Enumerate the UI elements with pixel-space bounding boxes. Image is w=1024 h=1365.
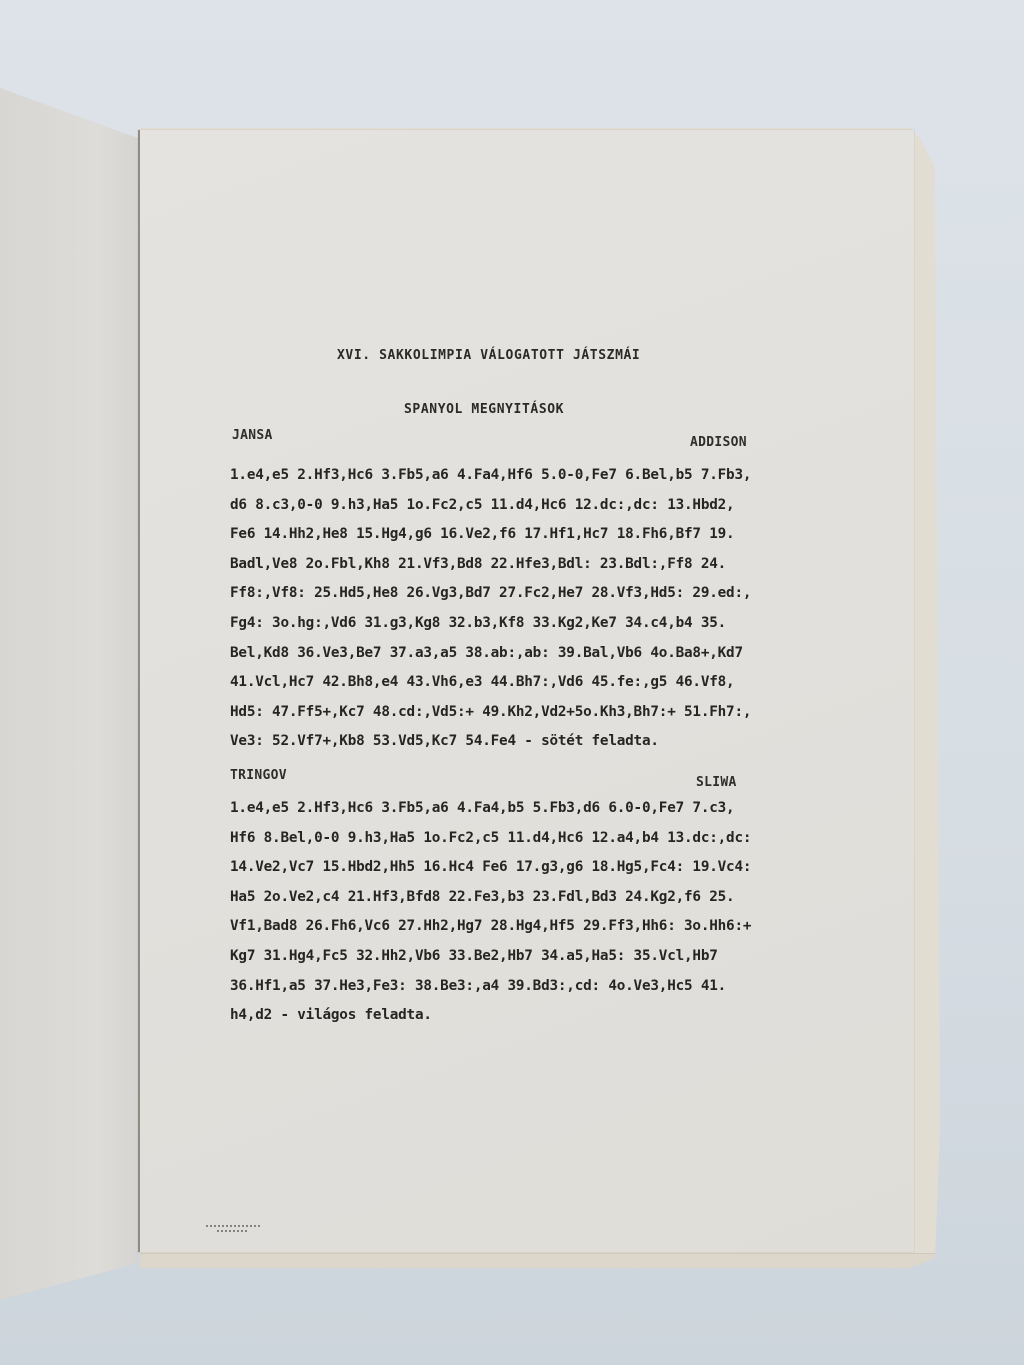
move-line: d6 8.c3,0-0 9.h3,Ha5 1o.Fc2,c5 11.d4,Hc6… bbox=[230, 491, 820, 521]
game-2-white-player: TRINGOV bbox=[230, 768, 287, 783]
move-line: 1.e4,e5 2.Hf3,Hc6 3.Fb5,a6 4.Fa4,b5 5.Fb… bbox=[230, 794, 820, 824]
left-page-facing bbox=[0, 0, 140, 1365]
move-line: Ve3: 52.Vf7+,Kb8 53.Vd5,Kc7 54.Fe4 - söt… bbox=[230, 727, 820, 757]
game-2-black-player: SLIWA bbox=[696, 775, 737, 790]
move-line: 1.e4,e5 2.Hf3,Hc6 3.Fb5,a6 4.Fa4,Hf6 5.0… bbox=[230, 461, 820, 491]
game-1-white-player: JANSA bbox=[232, 428, 273, 443]
move-line: Ff8:,Vf8: 25.Hd5,He8 26.Vg3,Bd7 27.Fc2,H… bbox=[230, 579, 820, 609]
move-line: Bel,Kd8 36.Ve3,Be7 37.a3,a5 38.ab:,ab: 3… bbox=[230, 639, 820, 669]
document-title: XVI. SAKKOLIMPIA VÁLOGATOTT JÁTSZMÁI bbox=[337, 348, 640, 363]
move-line: Fe6 14.Hh2,He8 15.Hg4,g6 16.Ve2,f6 17.Hf… bbox=[230, 520, 820, 550]
game-1-moves: 1.e4,e5 2.Hf3,Hc6 3.Fb5,a6 4.Fa4,Hf6 5.0… bbox=[230, 461, 820, 757]
move-line: 36.Hf1,a5 37.He3,Fe3: 38.Be3:,a4 39.Bd3:… bbox=[230, 972, 820, 1002]
move-line: 14.Ve2,Vc7 15.Hbd2,Hh5 16.Hc4 Fe6 17.g3,… bbox=[230, 853, 820, 883]
game-2-moves: 1.e4,e5 2.Hf3,Hc6 3.Fb5,a6 4.Fa4,b5 5.Fb… bbox=[230, 794, 820, 1031]
move-line: h4,d2 - világos feladta. bbox=[230, 1001, 820, 1031]
game-1-black-player: ADDISON bbox=[690, 435, 747, 450]
faint-stamp-mark bbox=[206, 1222, 260, 1240]
move-line: Hd5: 47.Ff5+,Kc7 48.cd:,Vd5:+ 49.Kh2,Vd2… bbox=[230, 698, 820, 728]
move-line: Hf6 8.Bel,0-0 9.h3,Ha5 1o.Fc2,c5 11.d4,H… bbox=[230, 824, 820, 854]
move-line: Ha5 2o.Ve2,c4 21.Hf3,Bfd8 22.Fe3,b3 23.F… bbox=[230, 883, 820, 913]
document-page: XVI. SAKKOLIMPIA VÁLOGATOTT JÁTSZMÁI SPA… bbox=[138, 130, 914, 1252]
move-line: Vf1,Bad8 26.Fh6,Vc6 27.Hh2,Hg7 28.Hg4,Hf… bbox=[230, 912, 820, 942]
move-line: Badl,Ve8 2o.Fbl,Kh8 21.Vf3,Bd8 22.Hfe3,B… bbox=[230, 550, 820, 580]
section-title: SPANYOL MEGNYITÁSOK bbox=[404, 402, 564, 417]
move-line: 41.Vcl,Hc7 42.Bh8,e4 43.Vh6,e3 44.Bh7:,V… bbox=[230, 668, 820, 698]
move-line: Fg4: 3o.hg:,Vd6 31.g3,Kg8 32.b3,Kf8 33.K… bbox=[230, 609, 820, 639]
move-line: Kg7 31.Hg4,Fc5 32.Hh2,Vb6 33.Be2,Hb7 34.… bbox=[230, 942, 820, 972]
